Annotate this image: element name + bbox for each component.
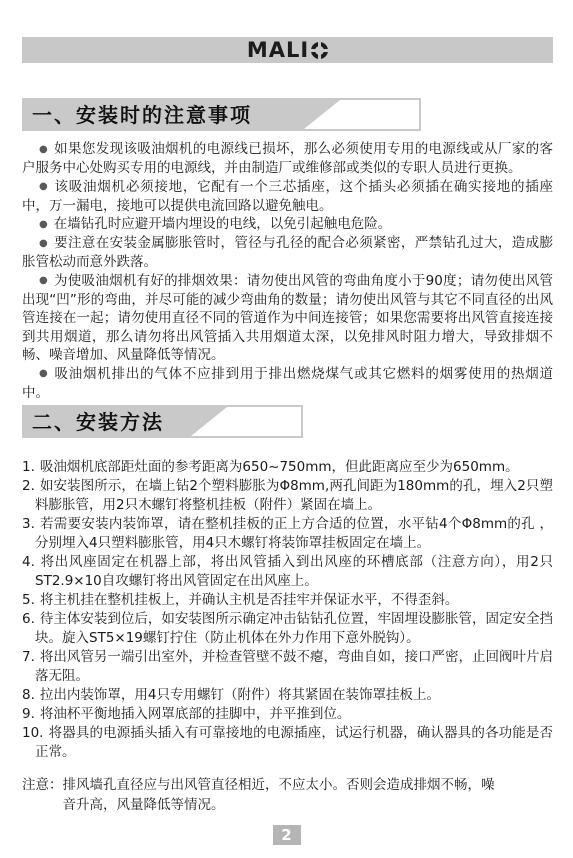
install-step: 5.将主机挂在整机挂板上，并确认主机是否挂牢并保证水平，不得歪斜。: [22, 591, 553, 610]
step-number: 10.: [22, 725, 43, 741]
step-text: 吸油烟机底部距灶面的参考距离为650~750mm，但此距离应至少为650mm。: [40, 459, 519, 475]
notice-text: 如果您发现该吸油烟机的电源线已损坏，那么必须使用专用的电源线或从厂家的客户服务中…: [22, 141, 553, 176]
step-number: 4.: [22, 554, 35, 570]
step-text: 待主体安装到位后，如安装图所示确定冲击钻钻孔位置，牢固埋设膨胀管，固定安全挡块。…: [35, 611, 553, 646]
bullet-icon: ●: [39, 181, 49, 192]
step-text: 拉出内装饰罩，用4只专用螺钉（附件）将其紧固在装饰罩挂板上。: [40, 687, 440, 703]
notice-paragraph: ●吸油烟机排出的气体不应排到用于排出燃烧煤气或其它燃料的烟雾使用的热烟道中。: [22, 365, 553, 403]
step-text: 将器具的电源插头插入有可靠接地的电源插座，试运行机器，确认器具的各功能是否正常。: [35, 725, 553, 760]
brand-o-icon: [311, 42, 328, 59]
step-number: 7.: [22, 649, 35, 665]
install-step: 7.将出风管另一端引出室外，并检查管壁不鼓不瘪，弯曲自如，接口严密，止回阀叶片启…: [22, 648, 553, 686]
bullet-icon: ●: [39, 275, 48, 286]
step-text: 将出风座固定在机器上部，将出风管插入到出风座的环槽底部（注意方向），用2只ST2…: [35, 554, 553, 589]
step-number: 2.: [22, 478, 35, 494]
bullet-icon: ●: [39, 368, 49, 379]
install-step: 4.将出风座固定在机器上部，将出风管插入到出风座的环槽底部（注意方向），用2只S…: [22, 553, 553, 591]
header-notch-decoration: [304, 100, 419, 129]
brand-bar: MALI: [22, 37, 553, 63]
install-step: 8.拉出内装饰罩，用4只专用螺钉（附件）将其紧固在装饰罩挂板上。: [22, 686, 553, 705]
bullet-icon: ●: [39, 219, 48, 230]
brand-logo: MALI: [247, 40, 328, 61]
install-step: 6.待主体安装到位后，如安装图所示确定冲击钻钻孔位置，牢固埋设膨胀管，固定安全挡…: [22, 610, 553, 648]
notice-paragraph: ●在墙钻孔时应避开墙内埋设的电线，以免引起触电危险。: [22, 215, 553, 234]
notice-paragraph: ●要注意在安装金属膨胀管时，管径与孔径的配合必须紧密，严禁钻孔过大，造成膨胀管松…: [22, 234, 553, 272]
step-text: 将出风管另一端引出室外，并检查管壁不鼓不瘪，弯曲自如，接口严密，止回阀叶片启落无…: [35, 649, 553, 684]
step-number: 8.: [22, 687, 35, 703]
install-step: 10.将器具的电源插头插入有可靠接地的电源插座，试运行机器，确认器具的各功能是否…: [22, 724, 553, 762]
section2-body: 1.吸油烟机底部距灶面的参考距离为650~750mm，但此距离应至少为650mm…: [22, 458, 553, 762]
step-number: 6.: [22, 611, 35, 627]
manual-page: MALI 一、安装时的注意事项 ●如果您发现该吸油烟机的电源线已损坏，那么必须使…: [0, 0, 573, 858]
notice-text: 为使吸油烟机有好的排烟效果：请勿使出风管的弯曲角度小于90度；请勿使出风管出现“…: [22, 273, 553, 364]
notice-paragraph: ●该吸油烟机必须接地，它配有一个三芯插座，这个插头必须插在确实接地的插座中，万一…: [22, 178, 553, 216]
step-number: 5.: [22, 592, 35, 608]
section2-header: 二、安装方法: [22, 405, 303, 438]
section1-title: 一、安装时的注意事项: [22, 105, 252, 125]
caution-label: 注意：: [22, 776, 63, 815]
notice-text: 要注意在安装金属膨胀管时，管径与孔径的配合必须紧密，严禁钻孔过大，造成膨胀管松动…: [22, 235, 553, 270]
brand-logo-text: MALI: [247, 40, 309, 61]
step-number: 1.: [22, 459, 35, 475]
section2-title: 二、安装方法: [22, 412, 164, 432]
section1-body: ●如果您发现该吸油烟机的电源线已损坏，那么必须使用专用的电源线或从厂家的客户服务…: [22, 140, 553, 402]
step-text: 将主机挂在整机挂板上，并确认主机是否挂牢并保证水平，不得歪斜。: [40, 592, 459, 608]
step-number: 9.: [22, 706, 35, 722]
install-step: 2.如安装图所示，在墙上钻2个塑料膨胀为Φ8mm,两孔间距为180mm的孔，埋入…: [22, 477, 553, 515]
section1-header: 一、安装时的注意事项: [22, 98, 421, 131]
step-text: 若需要安装内装饰罩，请在整机挂板的正上方合适的位置，水平钻4个Φ8mm的孔 ， …: [35, 516, 553, 551]
caution-note: 注意： 排风墙孔直径应与出风管直径相近，不应太小。否则会造成排烟不畅，噪音升高，…: [22, 776, 553, 815]
notice-paragraph: ●如果您发现该吸油烟机的电源线已损坏，那么必须使用专用的电源线或从厂家的客户服务…: [22, 140, 553, 178]
install-step: 1.吸油烟机底部距灶面的参考距离为650~750mm，但此距离应至少为650mm…: [22, 458, 553, 477]
step-number: 3.: [22, 516, 35, 532]
step-text: 如安装图所示，在墙上钻2个塑料膨胀为Φ8mm,两孔间距为180mm的孔，埋入2只…: [35, 478, 553, 513]
header-notch-decoration: [191, 407, 301, 436]
step-text: 将油杯平衡地插入网罩底部的挂脚中，并平推到位。: [40, 706, 351, 722]
bullet-icon: ●: [39, 144, 48, 155]
bullet-icon: ●: [39, 238, 48, 249]
notice-paragraph: ●为使吸油烟机有好的排烟效果：请勿使出风管的弯曲角度小于90度；请勿使出风管出现…: [22, 272, 553, 365]
notice-text: 该吸油烟机必须接地，它配有一个三芯插座，这个插头必须插在确实接地的插座中，万一漏…: [22, 179, 553, 214]
caution-text: 排风墙孔直径应与出风管直径相近，不应太小。否则会造成排烟不畅，噪音升高，风量降低…: [63, 776, 499, 815]
notice-text: 在墙钻孔时应避开墙内埋设的电线，以免引起触电危险。: [54, 216, 392, 232]
ring-cut-horizontal: [310, 49, 329, 52]
notice-text: 吸油烟机排出的气体不应排到用于排出燃烧煤气或其它燃料的烟雾使用的热烟道中。: [22, 366, 553, 401]
install-step: 3.若需要安装内装饰罩，请在整机挂板的正上方合适的位置，水平钻4个Φ8mm的孔 …: [22, 515, 553, 553]
page-number-badge: 2: [273, 825, 301, 845]
install-step: 9.将油杯平衡地插入网罩底部的挂脚中，并平推到位。: [22, 705, 553, 724]
